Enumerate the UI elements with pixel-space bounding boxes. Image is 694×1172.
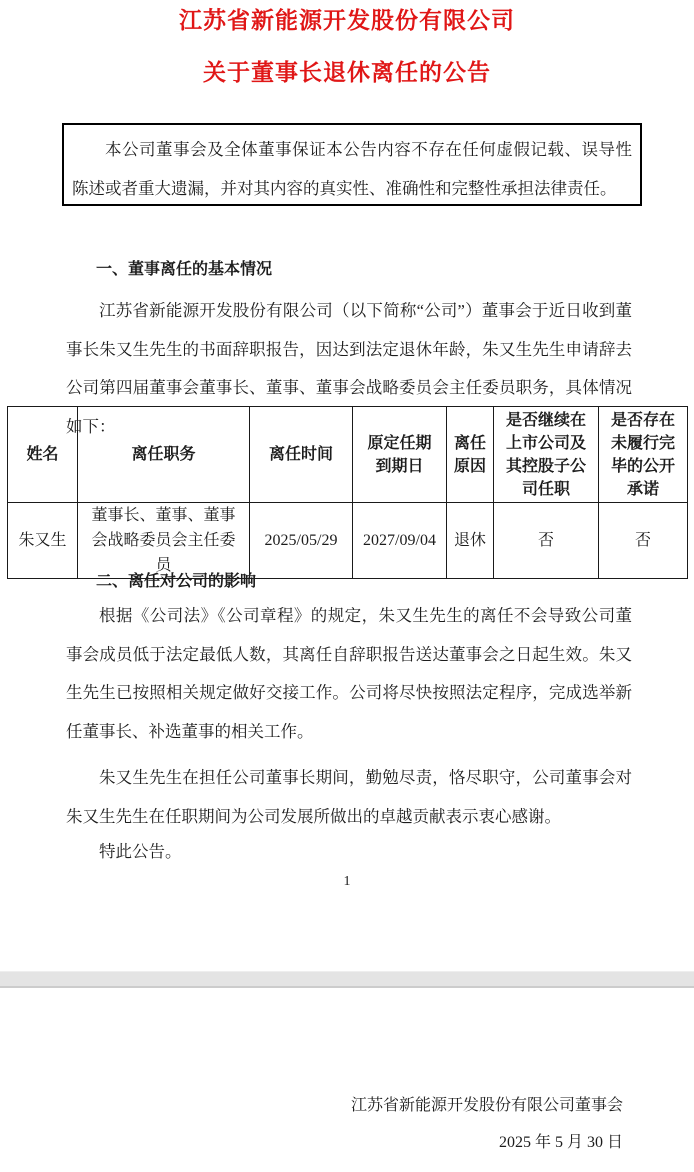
document-title-subject: 关于董事长退休离任的公告: [0, 57, 694, 87]
closing-statement: 特此公告。: [66, 833, 632, 872]
impact-paragraph: 根据《公司法》《公司章程》的规定，朱又生先生的离任不会导致公司董事会成员低于法定…: [66, 597, 632, 751]
cell-open-commitments: 否: [599, 503, 688, 579]
page-break-separator: [0, 971, 694, 988]
disclaimer-box: 本公司董事会及全体董事保证本公告内容不存在任何虚假记载、误导性陈述或者重大遗漏，…: [62, 123, 642, 206]
cell-term-expiry: 2027/09/04: [353, 503, 447, 579]
header-cell-departure-date: 离任时间: [250, 407, 353, 503]
header-cell-open-commitments: 是否存在未履行完毕的公开承诺: [599, 407, 688, 503]
footer-signature: 江苏省新能源开发股份有限公司董事会: [351, 1095, 623, 1117]
header-cell-reason: 离任原因: [447, 407, 494, 503]
cell-name: 朱又生: [8, 503, 78, 579]
gratitude-paragraph: 朱又生先生在担任公司董事长期间，勤勉尽责，恪尽职守，公司董事会对朱又生先生在任职…: [66, 759, 632, 836]
header-cell-continue-service: 是否继续在上市公司及其控股子公司任职: [494, 407, 599, 503]
cell-position: 董事长、董事、董事会战略委员会主任委员: [78, 503, 250, 579]
table-header-row: 姓名 离任职务 离任时间 原定任期到期日 离任原因 是否继续在上市公司及其控股子…: [8, 407, 688, 503]
header-cell-name: 姓名: [8, 407, 78, 503]
cell-continue-service: 否: [494, 503, 599, 579]
disclaimer-text: 本公司董事会及全体董事保证本公告内容不存在任何虚假记载、误导性陈述或者重大遗漏，…: [72, 130, 632, 208]
header-cell-position: 离任职务: [78, 407, 250, 503]
page-number: 1: [0, 872, 694, 892]
header-cell-term-expiry: 原定任期到期日: [353, 407, 447, 503]
document-title-company: 江苏省新能源开发股份有限公司: [0, 5, 694, 35]
announcement-page: 江苏省新能源开发股份有限公司 关于董事长退休离任的公告 本公司董事会及全体董事保…: [0, 0, 694, 1172]
section1-heading: 一、董事离任的基本情况: [96, 257, 272, 283]
cell-departure-date: 2025/05/29: [250, 503, 353, 579]
section2-heading: 二、离任对公司的影响: [96, 569, 256, 595]
footer-date: 2025 年 5 月 30 日: [499, 1132, 623, 1154]
departure-info-table: 姓名 离任职务 离任时间 原定任期到期日 离任原因 是否继续在上市公司及其控股子…: [7, 406, 688, 579]
table-row: 朱又生 董事长、董事、董事会战略委员会主任委员 2025/05/29 2027/…: [8, 503, 688, 579]
cell-reason: 退休: [447, 503, 494, 579]
